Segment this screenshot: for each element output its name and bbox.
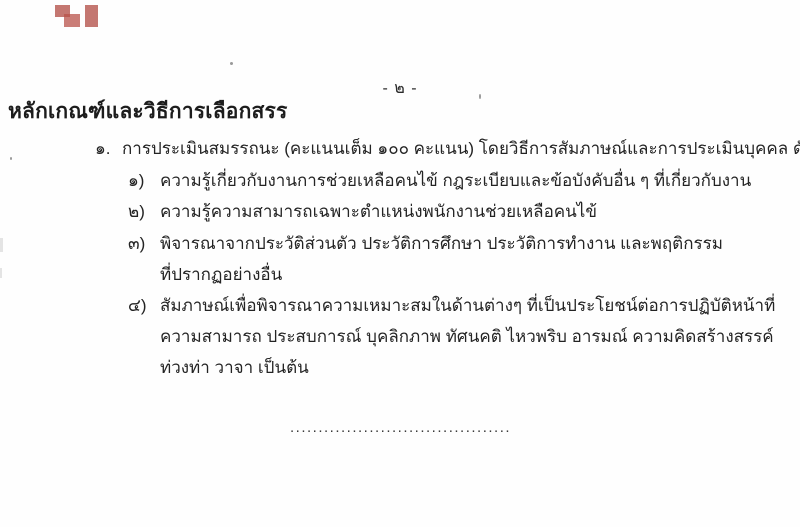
- scan-smudge: [0, 268, 2, 278]
- list-item-number: ๑): [128, 169, 160, 194]
- list-item: ๒)ความรู้ความสามารถเฉพาะตำแหน่งพนักงานช่…: [128, 200, 800, 225]
- scan-speck: [230, 62, 233, 65]
- list-item: ๔)สัมภาษณ์เพื่อพิจารณาความเหมาะสมในด้านต…: [128, 294, 800, 319]
- list-item-text: สัมภาษณ์เพื่อพิจารณาความเหมาะสมในด้านต่า…: [160, 296, 775, 315]
- dotted-divider: ........................................…: [290, 419, 510, 436]
- list-item-text: ความรู้ความสามารถเฉพาะตำแหน่งพนักงานช่วย…: [160, 202, 597, 221]
- list-item-text: การประเมินสมรรถนะ (คะแนนเต็ม ๑๐๐ คะแนน) …: [122, 139, 800, 158]
- red-stamp-mark: [64, 14, 80, 27]
- list-item-text: ความรู้เกี่ยวกับงานการช่วยเหลือคนไข้ กฎร…: [160, 171, 751, 190]
- list-item-continuation: ความสามารถ ประสบการณ์ บุคลิกภาพ ทัศนคติ …: [160, 325, 800, 350]
- list-item-main: ๑.การประเมินสมรรถนะ (คะแนนเต็ม ๑๐๐ คะแนน…: [95, 137, 800, 162]
- scan-smudge: [0, 238, 3, 252]
- list-item: ๓)พิจารณาจากประวัติส่วนตัว ประวัติการศึก…: [128, 232, 800, 257]
- list-item-number: ๑.: [95, 137, 122, 162]
- scan-speck: [10, 157, 12, 160]
- list-item-continuation: ที่ปรากฏอย่างอื่น: [160, 263, 800, 288]
- red-stamp-mark: [85, 5, 98, 27]
- list-item-number: ๒): [128, 200, 160, 225]
- list-item-continuation: ท่วงท่า วาจา เป็นต้น: [160, 356, 800, 381]
- scanned-document-page: - ๒ - หลักเกณฑ์และวิธีการเลือกสรร ๑.การป…: [0, 0, 800, 527]
- list-item: ๑)ความรู้เกี่ยวกับงานการช่วยเหลือคนไข้ ก…: [128, 169, 800, 194]
- section-heading: หลักเกณฑ์และวิธีการเลือกสรร: [8, 95, 287, 128]
- list-item-text: ที่ปรากฏอย่างอื่น: [160, 265, 282, 284]
- list-item-number: ๓): [128, 232, 160, 257]
- list-item-text: ท่วงท่า วาจา เป็นต้น: [160, 358, 309, 377]
- list-item-number: ๔): [128, 294, 160, 319]
- list-item-text: ความสามารถ ประสบการณ์ บุคลิกภาพ ทัศนคติ …: [160, 327, 774, 346]
- list-item-text: พิจารณาจากประวัติส่วนตัว ประวัติการศึกษา…: [160, 234, 723, 253]
